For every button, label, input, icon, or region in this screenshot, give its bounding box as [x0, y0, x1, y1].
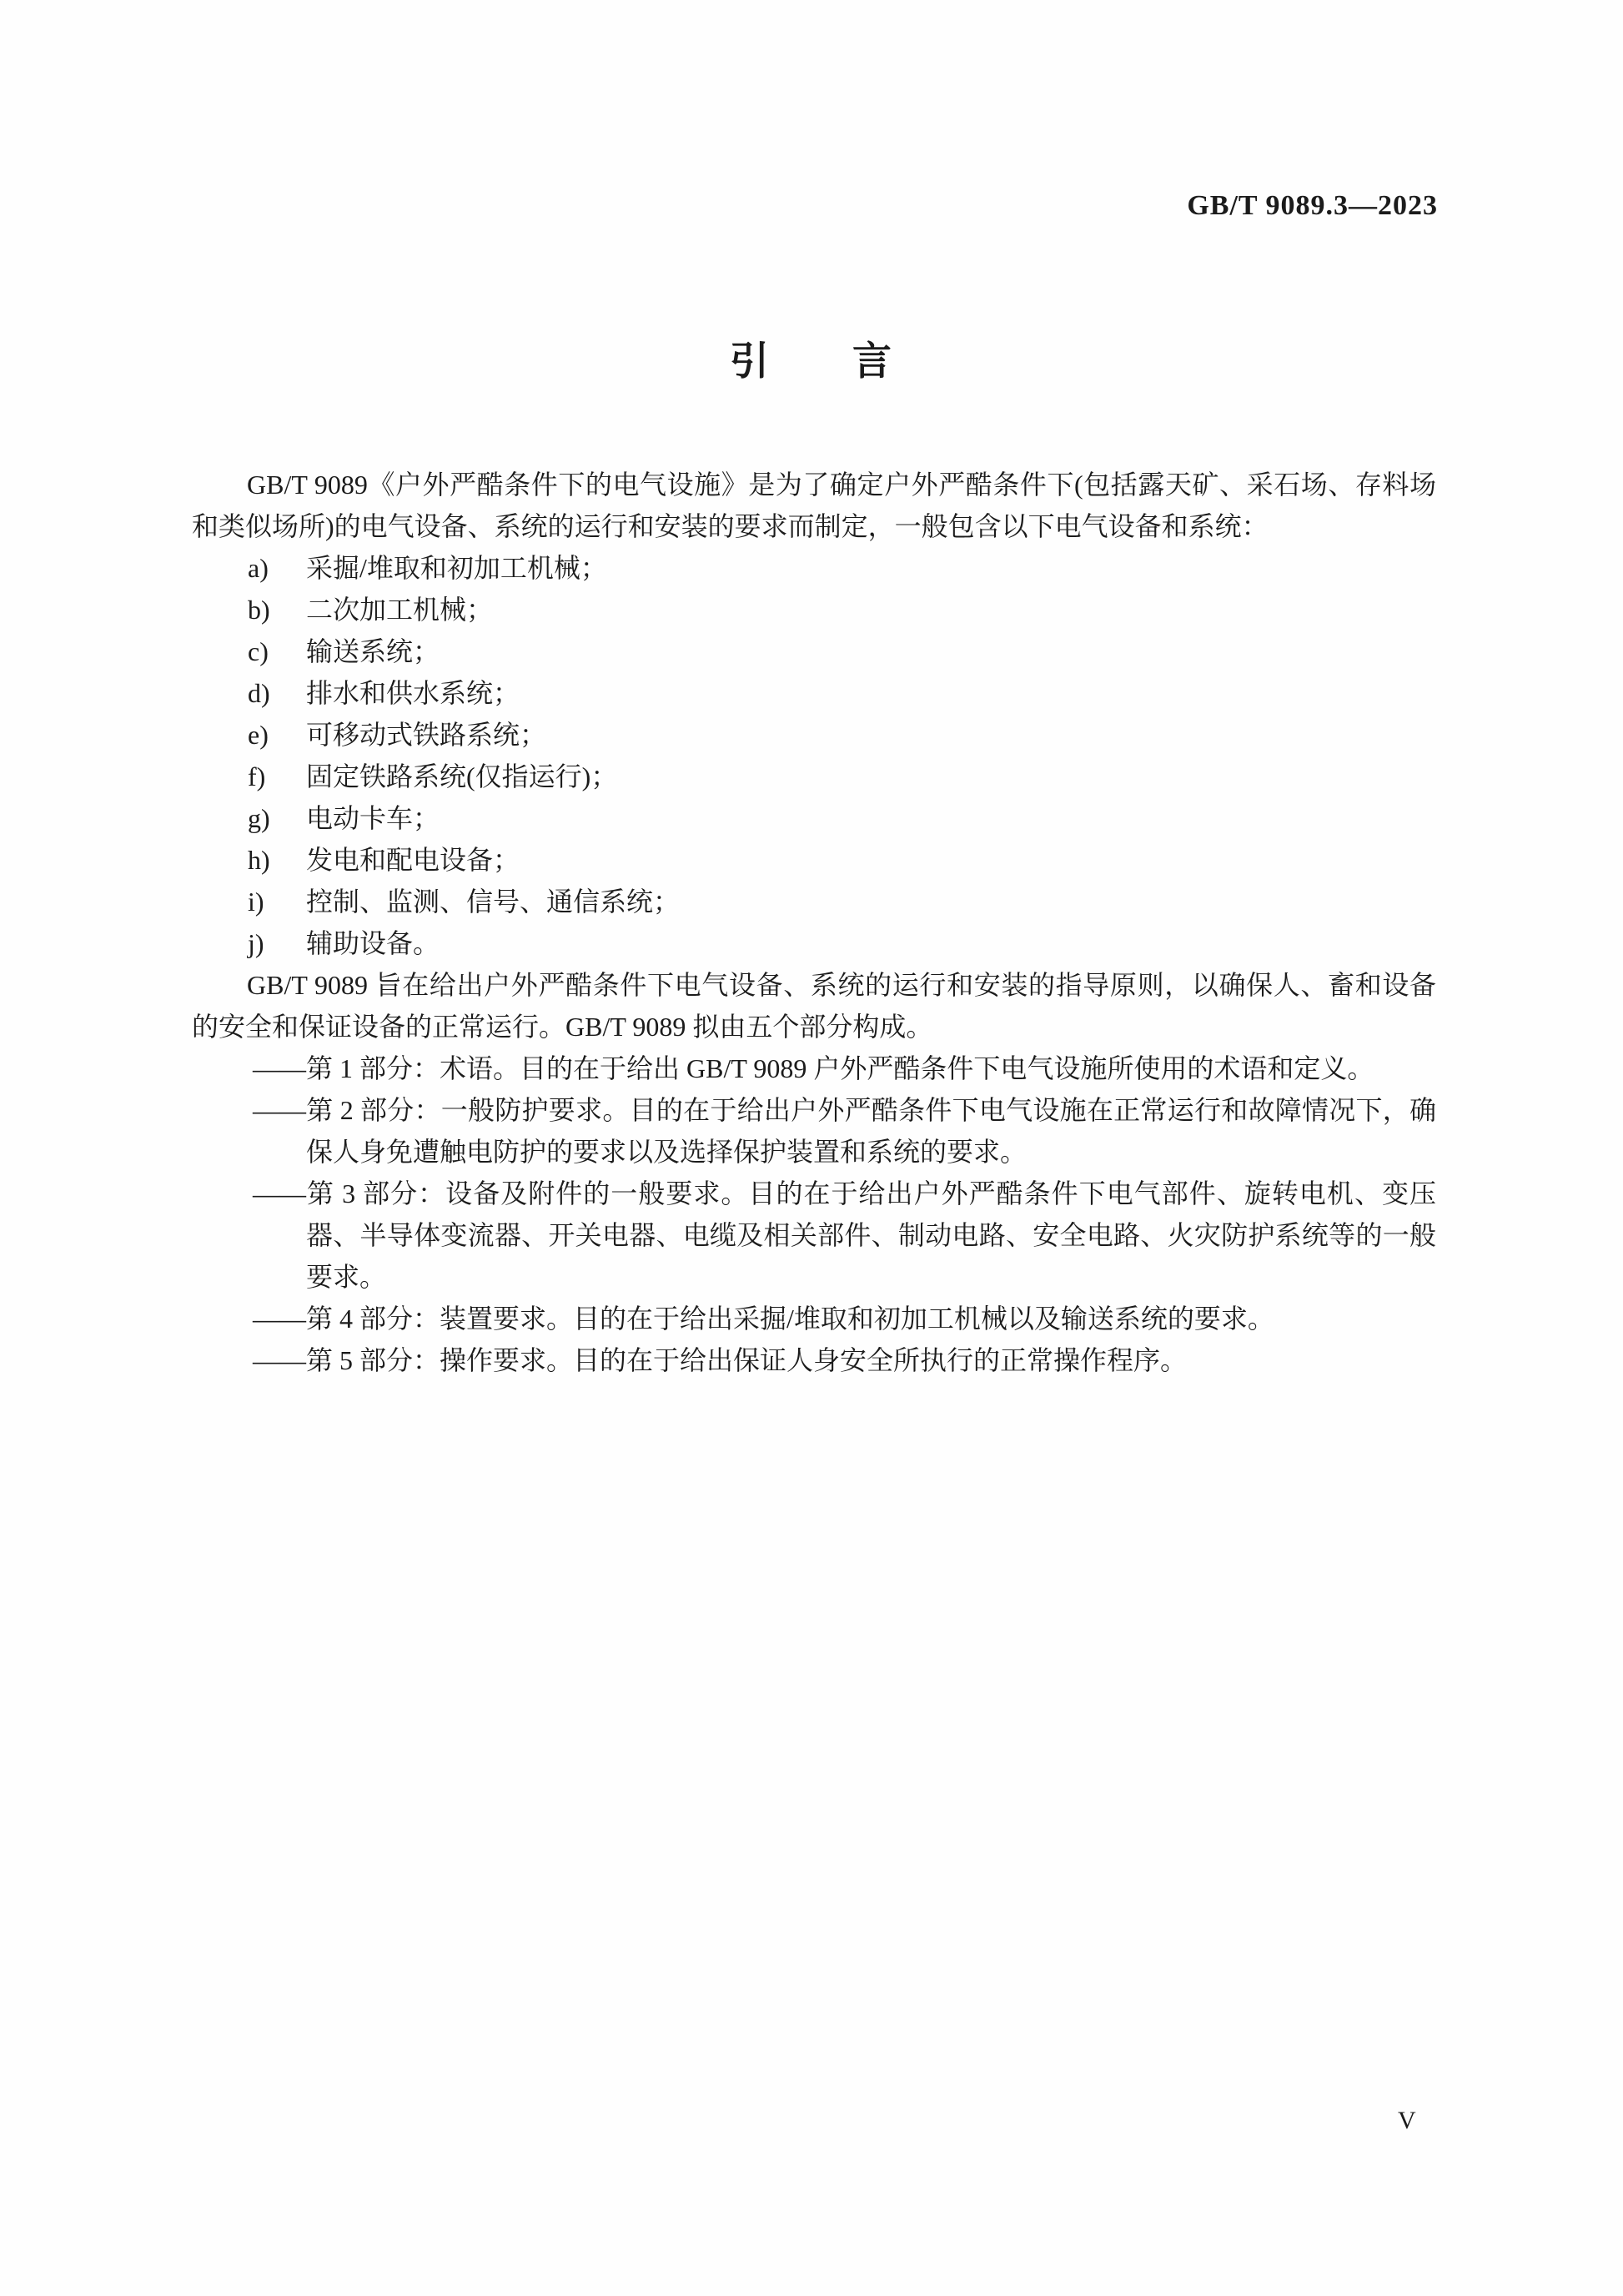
list-item-text: 发电和配电设备；	[306, 845, 520, 875]
list-item-text: 二次加工机械；	[306, 595, 493, 625]
list-item-label: g)	[248, 797, 270, 839]
list-item-text: 控制、监测、信号、通信系统；	[306, 887, 680, 917]
part-item-text: 第 5 部分：操作要求。目的在于给出保证人身安全所执行的正常操作程序。	[306, 1345, 1187, 1375]
parts-list: ——第 1 部分：术语。目的在于给出 GB/T 9089 户外严酷条件下电气设施…	[192, 1048, 1436, 1381]
dash-marker: ——	[253, 1345, 306, 1375]
list-item: j) 辅助设备。	[192, 922, 1436, 964]
list-item: f) 固定铁路系统(仅指运行)；	[192, 756, 1436, 797]
list-item-label: b)	[248, 589, 270, 631]
list-item-label: c)	[248, 631, 269, 672]
part-item: ——第 2 部分：一般防护要求。目的在于给出户外严酷条件下电气设施在正常运行和故…	[192, 1089, 1436, 1173]
part-item: ——第 5 部分：操作要求。目的在于给出保证人身安全所执行的正常操作程序。	[192, 1339, 1436, 1381]
list-item-label: i)	[248, 881, 264, 922]
list-item-label: j)	[248, 922, 264, 964]
body-text: GB/T 9089《户外严酷条件下的电气设施》是为了确定户外严酷条件下(包括露天…	[192, 464, 1436, 1381]
purpose-paragraph: GB/T 9089 旨在给出户外严酷条件下电气设备、系统的运行和安装的指导原则，…	[192, 964, 1436, 1048]
list-item: h) 发电和配电设备；	[192, 839, 1436, 881]
list-item: e) 可移动式铁路系统；	[192, 714, 1436, 756]
list-item-label: f)	[248, 756, 265, 797]
dash-marker: ——	[253, 1178, 306, 1208]
list-item-text: 排水和供水系统；	[306, 678, 520, 708]
part-item-text: 第 3 部分：设备及附件的一般要求。目的在于给出户外严酷条件下电气部件、旋转电机…	[306, 1178, 1436, 1292]
page-title: 引 言	[0, 330, 1623, 386]
part-item: ——第 4 部分：装置要求。目的在于给出采掘/堆取和初加工机械以及输送系统的要求…	[192, 1298, 1436, 1339]
page-number: V	[1398, 2107, 1416, 2135]
list-item-text: 固定铁路系统(仅指运行)；	[306, 761, 617, 791]
document-page: GB/T 9089.3—2023 引 言 GB/T 9089《户外严酷条件下的电…	[0, 0, 1623, 2296]
equipment-list: a) 采掘/堆取和初加工机械； b) 二次加工机械； c) 输送系统； d) 排…	[192, 547, 1436, 964]
list-item-label: e)	[248, 714, 269, 756]
list-item-label: a)	[248, 547, 269, 589]
list-item-text: 输送系统；	[306, 636, 440, 666]
intro-paragraph: GB/T 9089《户外严酷条件下的电气设施》是为了确定户外严酷条件下(包括露天…	[192, 464, 1436, 547]
dash-marker: ——	[253, 1053, 306, 1083]
list-item: g) 电动卡车；	[192, 797, 1436, 839]
part-item: ——第 3 部分：设备及附件的一般要求。目的在于给出户外严酷条件下电气部件、旋转…	[192, 1173, 1436, 1298]
list-item-text: 辅助设备。	[306, 928, 440, 958]
list-item: a) 采掘/堆取和初加工机械；	[192, 547, 1436, 589]
dash-marker: ——	[253, 1095, 306, 1125]
list-item-text: 可移动式铁路系统；	[306, 720, 546, 750]
list-item-text: 电动卡车；	[306, 803, 440, 833]
dash-marker: ——	[253, 1304, 306, 1334]
list-item: i) 控制、监测、信号、通信系统；	[192, 881, 1436, 922]
list-item-label: d)	[248, 672, 270, 714]
list-item-label: h)	[248, 839, 270, 881]
standard-number: GB/T 9089.3—2023	[1187, 190, 1438, 222]
list-item: b) 二次加工机械；	[192, 589, 1436, 631]
list-item-text: 采掘/堆取和初加工机械；	[306, 553, 607, 583]
list-item: d) 排水和供水系统；	[192, 672, 1436, 714]
part-item-text: 第 4 部分：装置要求。目的在于给出采掘/堆取和初加工机械以及输送系统的要求。	[306, 1304, 1274, 1334]
part-item-text: 第 1 部分：术语。目的在于给出 GB/T 9089 户外严酷条件下电气设施所使…	[306, 1053, 1374, 1083]
list-item: c) 输送系统；	[192, 631, 1436, 672]
part-item-text: 第 2 部分：一般防护要求。目的在于给出户外严酷条件下电气设施在正常运行和故障情…	[306, 1095, 1436, 1167]
part-item: ——第 1 部分：术语。目的在于给出 GB/T 9089 户外严酷条件下电气设施…	[192, 1048, 1436, 1089]
